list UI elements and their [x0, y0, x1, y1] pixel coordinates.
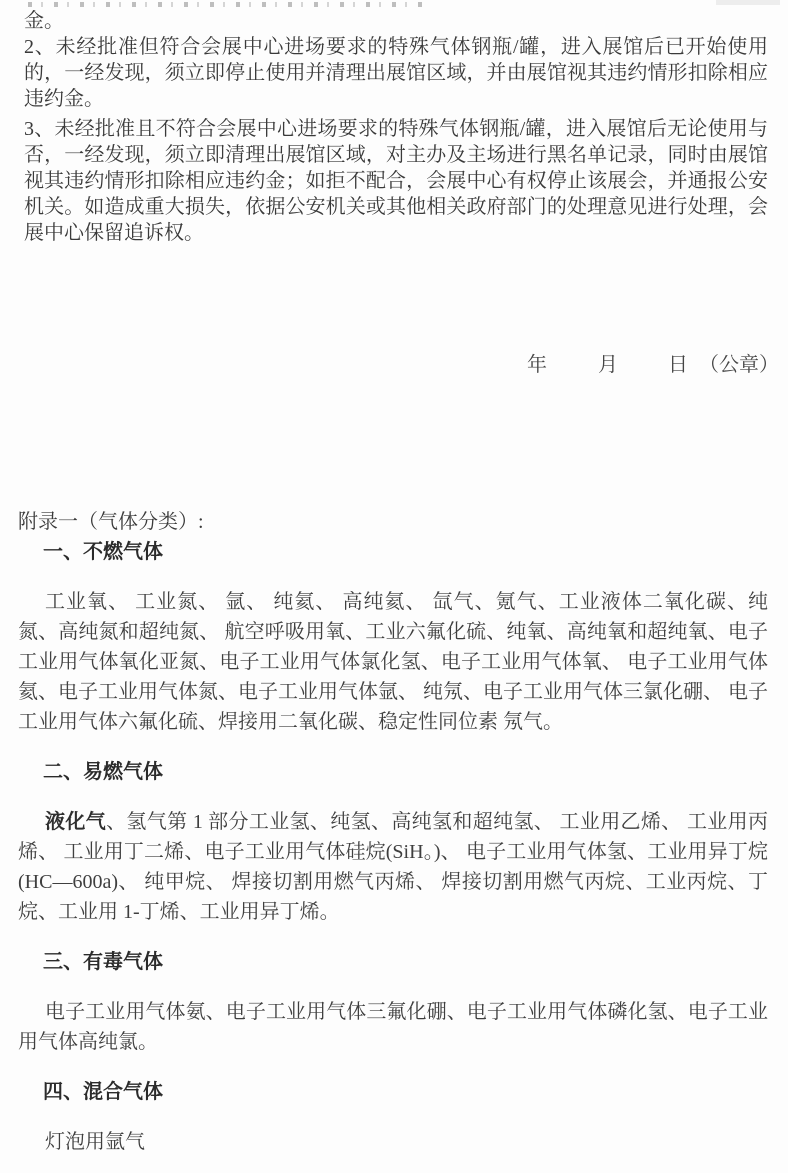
appendix-block: 附录一（气体分类）: 一、不燃气体 工业氧、 工业氮、 氩、 纯氦、 高纯氦、 …	[18, 507, 768, 1157]
section-heading-mixed: 四、混合气体	[18, 1077, 768, 1107]
section-body-non-flammable: 工业氧、 工业氮、 氩、 纯氦、 高纯氦、 氙气、氪气、工业液体二氧化碳、纯氮、…	[18, 587, 768, 737]
appendix-title: 附录一（气体分类）:	[18, 507, 768, 537]
document-page: 金。 2、未经批准但符合会展中心进场要求的特殊气体钢瓶/罐，进入展馆后已开始使用…	[0, 0, 788, 1173]
section-body-mixed: 灯泡用氩气	[18, 1127, 768, 1157]
clause-3: 3、未经批准且不符合会展中心进场要求的特殊气体钢瓶/罐，进入展馆后无论使用与否，…	[24, 116, 768, 246]
clipped-previous-line	[28, 2, 428, 7]
day-label: 日	[668, 354, 688, 376]
signature-line: 年 月 日 （公章）	[24, 352, 768, 378]
scan-artifact	[716, 0, 780, 5]
clauses-block: 金。 2、未经批准但符合会展中心进场要求的特殊气体钢瓶/罐，进入展馆后已开始使用…	[24, 0, 768, 246]
section-heading-flammable: 二、易燃气体	[18, 757, 768, 787]
flammable-bold-lead: 液化气	[45, 811, 106, 833]
section-heading-toxic: 三、有毒气体	[18, 947, 768, 977]
month-label: 月	[598, 354, 618, 376]
year-label: 年	[527, 354, 547, 376]
section-body-flammable: 液化气、氢气第 1 部分工业氢、纯氢、高纯氢和超纯氢、 工业用乙烯、 工业用丙烯…	[18, 807, 768, 927]
flammable-body-text: 、氢气第 1 部分工业氢、纯氢、高纯氢和超纯氢、 工业用乙烯、 工业用丙烯、 工…	[18, 811, 768, 923]
clause-1-tail: 金。	[24, 8, 768, 34]
section-body-toxic: 电子工业用气体氨、电子工业用气体三氟化硼、电子工业用气体磷化氢、电子工业用气体高…	[18, 997, 768, 1057]
official-seal-label: （公章）	[699, 354, 779, 376]
clause-2: 2、未经批准但符合会展中心进场要求的特殊气体钢瓶/罐，进入展馆后已开始使用的，一…	[24, 34, 768, 112]
section-heading-non-flammable: 一、不燃气体	[18, 537, 768, 567]
